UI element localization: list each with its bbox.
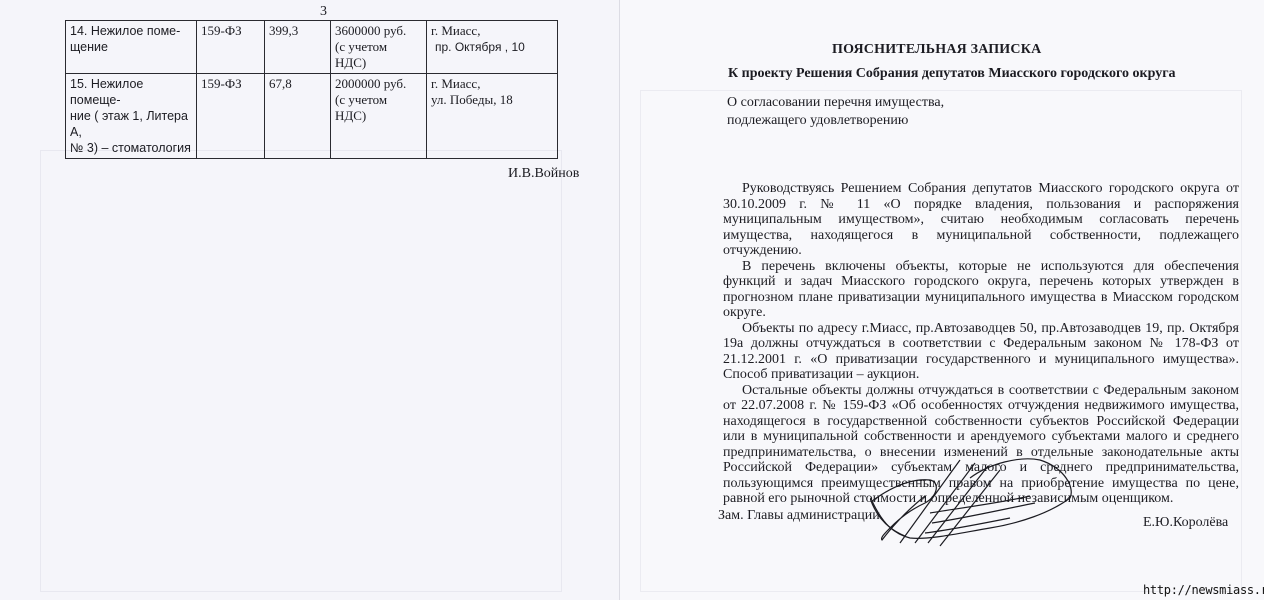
cell-line: 14. Нежилое поме- — [70, 23, 192, 39]
cell-price: 2000000 руб. (с учетом НДС) — [331, 74, 427, 159]
cell-price: 3600000 руб. (с учетом НДС) — [331, 21, 427, 74]
subject-line: О согласовании перечня имущества, — [727, 94, 944, 112]
paragraph: Объекты по адресу г.Миасс, пр.Автозаводц… — [723, 321, 1239, 383]
document-subtitle: К проекту Решения Собрания депутатов Миа… — [728, 66, 1176, 82]
cell-area: 67,8 — [265, 74, 331, 159]
paragraph: В перечень включены объекты, которые не … — [723, 259, 1239, 321]
handwritten-signature-icon — [870, 458, 1090, 568]
cell-line: НДС) — [335, 55, 422, 71]
signer-name: Е.Ю.Королёва — [1143, 515, 1228, 531]
cell-address: г. Миасс, пр. Октября , 10 — [427, 21, 558, 74]
document-subject: О согласовании перечня имущества, подлеж… — [727, 94, 944, 130]
cell-line: (с учетом — [335, 92, 422, 108]
property-table: 14. Нежилое поме- щение 159-ФЗ 399,3 360… — [65, 20, 558, 159]
cell-line: пр. Октября , 10 — [431, 39, 553, 55]
table-row: 15. Нежилое помеще- ние ( этаж 1, Литера… — [66, 74, 558, 159]
signer-role: Зам. Главы администрации — [718, 508, 880, 524]
paragraph: Руководствуясь Решением Собрания депутат… — [723, 181, 1239, 259]
cell-line: ние ( этаж 1, Литера А, — [70, 108, 192, 140]
subject-line: подлежащего удовлетворению — [727, 112, 944, 130]
cell-line: г. Миасс, — [431, 23, 553, 39]
cell-name: 15. Нежилое помеще- ние ( этаж 1, Литера… — [66, 74, 197, 159]
cell-address: г. Миасс, ул. Победы, 18 — [427, 74, 558, 159]
cell-line: № 3) – стоматология — [70, 140, 192, 156]
cell-area: 399,3 — [265, 21, 331, 74]
cell-law: 159-ФЗ — [197, 21, 265, 74]
cell-line: 2000000 руб. — [335, 76, 422, 92]
source-watermark: http://newsmiass.ru — [1143, 583, 1264, 597]
cell-line: (с учетом — [335, 39, 422, 55]
cell-line: НДС) — [335, 108, 422, 124]
cell-line: 15. Нежилое помеще- — [70, 76, 192, 108]
cell-name: 14. Нежилое поме- щение — [66, 21, 197, 74]
page-number: 3 — [320, 4, 327, 20]
document-title: ПОЯСНИТЕЛЬНАЯ ЗАПИСКА — [832, 42, 1041, 58]
left-page: 3 14. Нежилое поме- щение 159-ФЗ 399,3 3… — [0, 0, 620, 600]
table-row: 14. Нежилое поме- щение 159-ФЗ 399,3 360… — [66, 21, 558, 74]
cell-line: щение — [70, 39, 192, 55]
cell-line: 3600000 руб. — [335, 23, 422, 39]
cell-line: ул. Победы, 18 — [431, 92, 553, 108]
cell-law: 159-ФЗ — [197, 74, 265, 159]
cell-line: г. Миасс, — [431, 76, 553, 92]
bleed-through-table — [40, 150, 562, 592]
signer-name: И.В.Войнов — [508, 166, 579, 182]
